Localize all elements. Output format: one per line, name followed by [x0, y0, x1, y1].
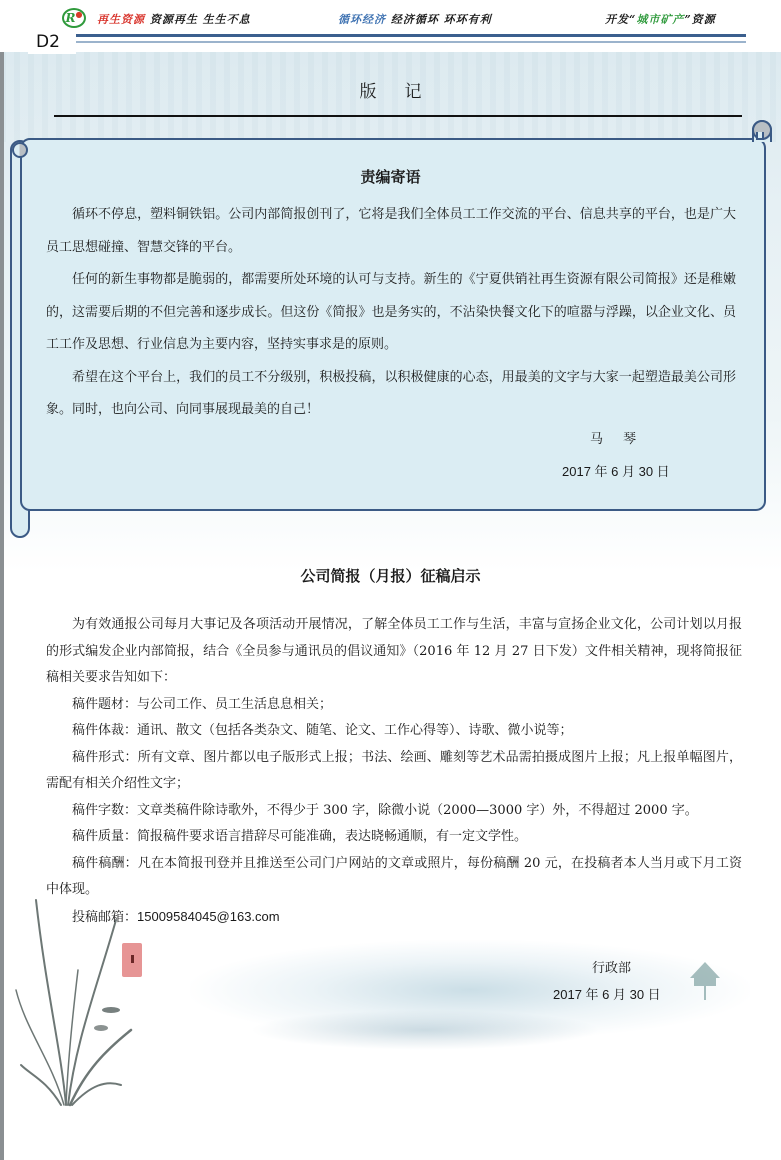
- slogan-middle: 循环经济 经济循环 环环有利: [338, 11, 492, 27]
- notice-item-format: 稿件形式：所有文章、图片都以电子版形式上报；书法、绘画、雕刻等艺术品需拍摄成图片…: [46, 745, 742, 798]
- notice-intro: 为有效通报公司每月大事记及各项活动开展情况，了解全体员工工作与生活，丰富与宣扬企…: [46, 612, 742, 692]
- notice-item-subject: 稿件题材：与公司工作、员工生活息息相关；: [46, 692, 742, 719]
- red-seal-icon: [122, 943, 142, 977]
- page-left-edge: [0, 52, 4, 1160]
- title-divider: [54, 115, 742, 117]
- editor-paragraph: 希望在这个平台上，我们的员工不分级别，积极投稿，以积极健康的心态，用最美的文字与…: [46, 362, 736, 427]
- notice-department: 行政部: [592, 957, 631, 976]
- logo-dot-icon: ●: [76, 9, 83, 19]
- slogan-left-text: 资源再生 生生不息: [145, 13, 251, 26]
- ink-orchid-icon: [6, 880, 146, 1120]
- notice-body: 为有效通报公司每月大事记及各项活动开展情况，了解全体员工工作与生活，丰富与宣扬企…: [46, 612, 742, 931]
- page-number-tag: D2: [28, 30, 76, 54]
- editor-signature: 马 琴: [590, 428, 644, 447]
- slogan-left-highlight: 再生资源: [97, 13, 145, 26]
- notice-item-quality: 稿件质量：简报稿件要求语言措辞尽可能准确，表达晓畅通顺，有一定文学性。: [46, 824, 742, 851]
- editor-paragraph: 循环不停息，塑料铜铁铝。公司内部简报创刊了，它将是我们全体员工工作交流的平台、信…: [46, 199, 736, 264]
- notice-date: 2017 年 6 月 30 日: [553, 984, 661, 1003]
- notice-item-length: 稿件字数：文章类稿件除诗歌外，不得少于 300 字，除微小说（2000—3000…: [46, 798, 742, 825]
- editor-note-body: 循环不停息，塑料铜铁铝。公司内部简报创刊了，它将是我们全体员工工作交流的平台、信…: [46, 199, 736, 427]
- slogan-middle-highlight: 循环经济: [338, 13, 386, 26]
- slogan-right-highlight: 城市矿产: [636, 13, 684, 26]
- header-rule-thick: [76, 34, 746, 37]
- slogan-right: 开发“城市矿产”资源: [605, 11, 716, 27]
- scroll-right-fold-icon: [756, 132, 764, 140]
- notice-title: 公司简报（月报）征稿启示: [0, 565, 781, 586]
- ink-landscape-hill: [250, 1010, 600, 1050]
- section-title: 版记: [0, 77, 781, 102]
- email-link[interactable]: 15009584045@163.com: [137, 909, 280, 924]
- slogan-right-post: ”资源: [684, 13, 715, 26]
- editor-note-title: 责编寄语: [0, 166, 781, 187]
- header-rule-thin: [76, 41, 746, 43]
- page-header: R● 再生资源 资源再生 生生不息 循环经济 经济循环 环环有利 开发“城市矿产…: [0, 0, 781, 52]
- slogan-middle-text: 经济循环 环环有利: [386, 13, 492, 26]
- slogan-right-pre: 开发“: [605, 13, 636, 26]
- notice-email-line: 投稿邮箱：15009584045@163.com: [46, 904, 742, 932]
- logo-mark: R: [66, 11, 76, 25]
- notice-item-genre: 稿件体裁：通讯、散文（包括各类杂文、随笔、论文、工作心得等）、诗歌、微小说等；: [46, 718, 742, 745]
- notice-item-payment: 稿件稿酬：凡在本简报刊登并且推送至公司门户网站的文章或照片，每份稿酬 20 元，…: [46, 851, 742, 904]
- ink-pavilion-icon: [680, 960, 730, 1000]
- editor-date: 2017 年 6 月 30 日: [562, 461, 670, 480]
- scroll-left-cap-icon: [12, 142, 28, 158]
- editor-paragraph: 任何的新生事物都是脆弱的，都需要所处环境的认可与支持。新生的《宁夏供销社再生资源…: [46, 264, 736, 362]
- slogan-left: 再生资源 资源再生 生生不息: [97, 11, 251, 27]
- company-logo-icon: R●: [62, 8, 86, 28]
